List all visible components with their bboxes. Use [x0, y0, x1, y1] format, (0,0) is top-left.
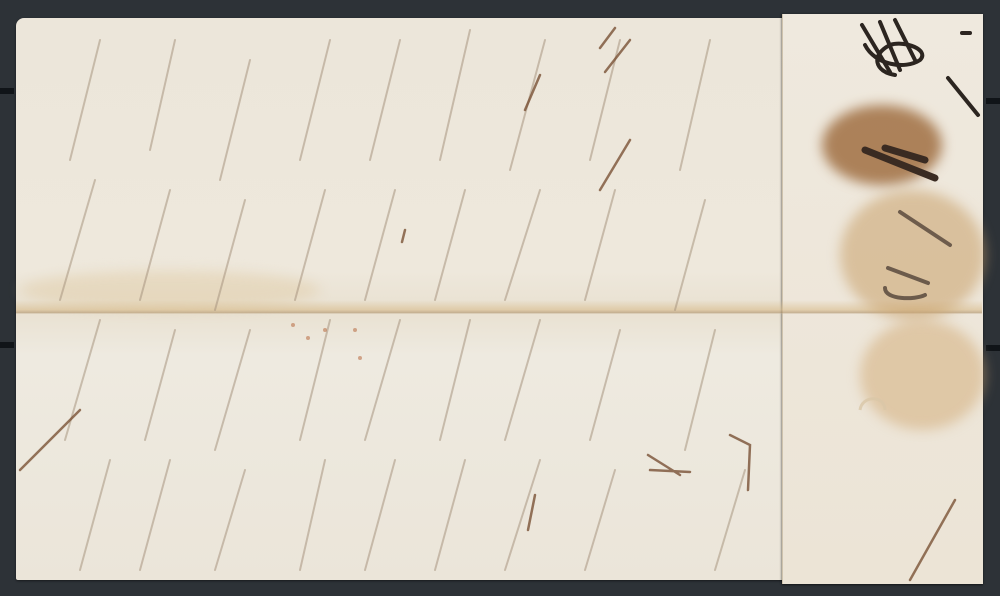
manuscript-date-mark	[865, 148, 935, 178]
faded-handwriting-overlay	[0, 0, 1000, 596]
manuscript-rate-mark	[862, 20, 978, 115]
photo-scene	[0, 0, 1000, 596]
